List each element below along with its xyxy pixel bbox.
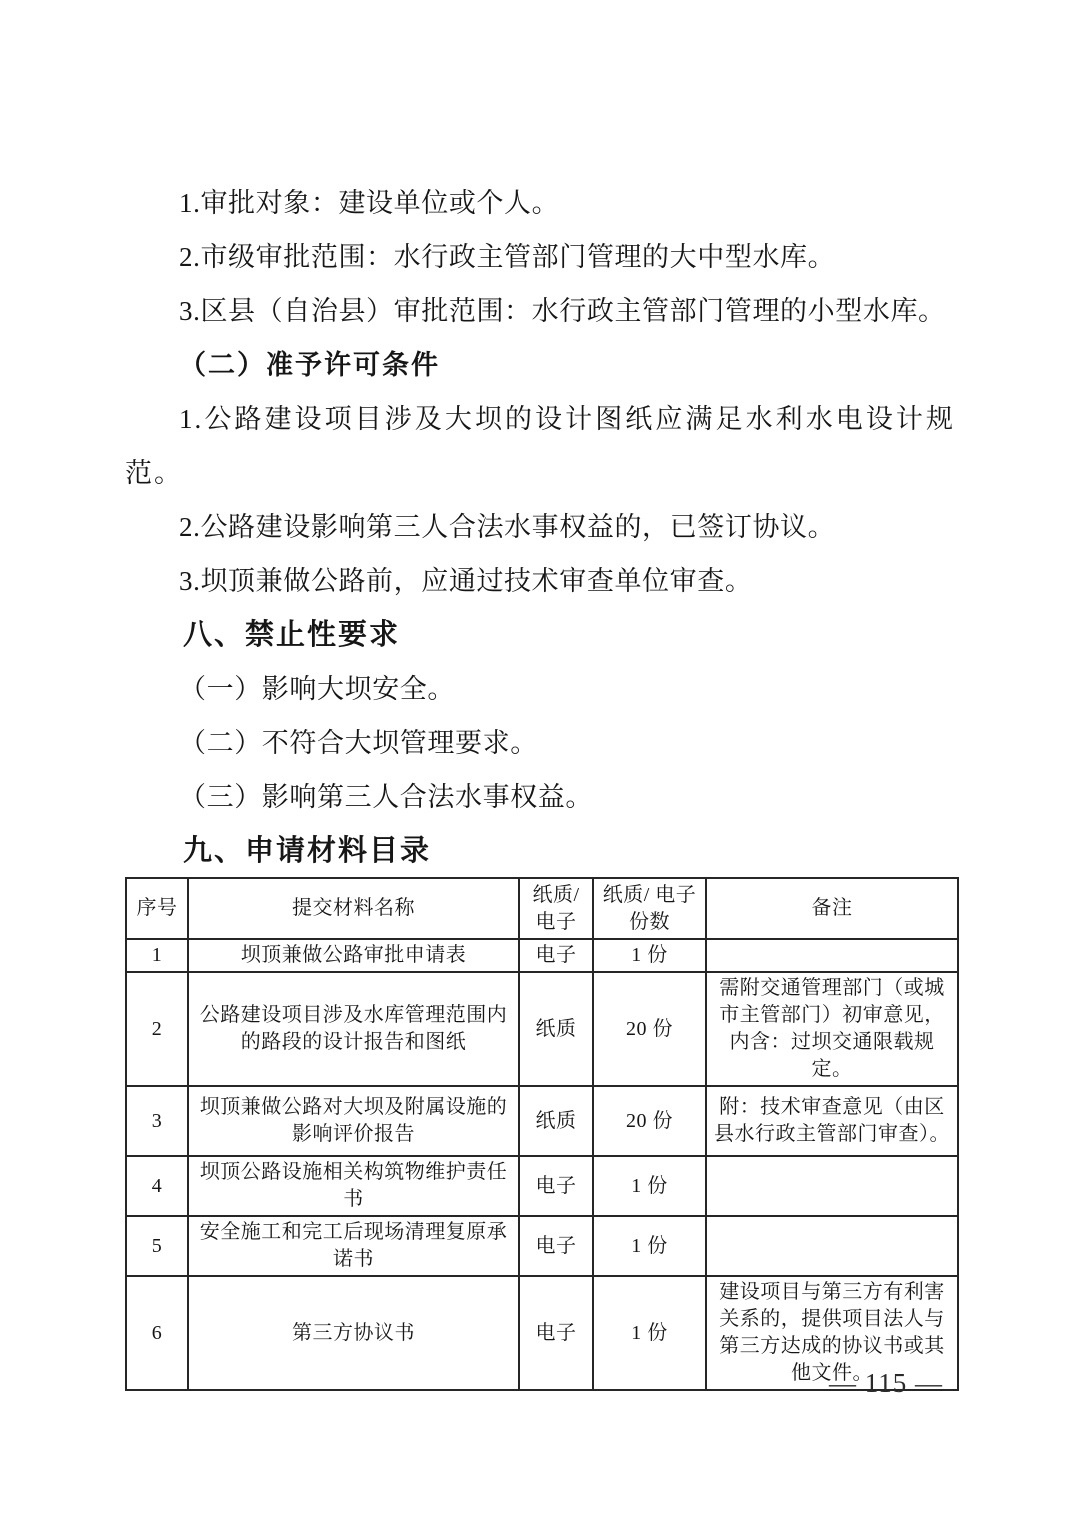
cell-remark: 需附交通管理部门（或城市主管部门）初审意见，内含：过坝交通限载规定。 [706, 972, 958, 1086]
page-number: — 115 — [829, 1368, 943, 1399]
paragraph-prohibition-3: （三）影响第三人合法水事权益。 [125, 770, 955, 824]
document-body: 1.审批对象：建设单位或个人。 2.市级审批范围：水行政主管部门管理的大中型水库… [125, 176, 955, 878]
cell-no: 3 [126, 1086, 188, 1156]
cell-copies: 1 份 [593, 1216, 706, 1276]
cell-type: 电子 [519, 939, 593, 972]
cell-copies: 1 份 [593, 1156, 706, 1216]
paragraph-city-scope: 2.市级审批范围：水行政主管部门管理的大中型水库。 [125, 230, 955, 284]
cell-copies: 1 份 [593, 1276, 706, 1390]
cell-no: 2 [126, 972, 188, 1086]
cell-name: 安全施工和完工后现场清理复原承诺书 [188, 1216, 519, 1276]
cell-name: 坝顶公路设施相关构筑物维护责任书 [188, 1156, 519, 1216]
cell-no: 5 [126, 1216, 188, 1276]
column-header-no: 序号 [126, 878, 188, 939]
table-row: 1 坝顶兼做公路审批申请表 电子 1 份 [126, 939, 958, 972]
cell-remark [706, 1216, 958, 1276]
materials-table: 序号 提交材料名称 纸质/ 电子 纸质/ 电子 份数 备注 1 坝顶兼做公路审批… [125, 877, 959, 1391]
table-row: 3 坝顶兼做公路对大坝及附属设施的影响评价报告 纸质 20 份 附：技术审查意见… [126, 1086, 958, 1156]
column-header-remark: 备注 [706, 878, 958, 939]
paragraph-prohibition-1: （一）影响大坝安全。 [125, 662, 955, 716]
table-row: 4 坝顶公路设施相关构筑物维护责任书 电子 1 份 [126, 1156, 958, 1216]
heading-permit-conditions: （二）准予许可条件 [125, 338, 955, 392]
cell-type: 电子 [519, 1156, 593, 1216]
paragraph-approval-target: 1.审批对象：建设单位或个人。 [125, 176, 955, 230]
cell-name: 坝顶兼做公路审批申请表 [188, 939, 519, 972]
cell-no: 6 [126, 1276, 188, 1390]
cell-type: 电子 [519, 1276, 593, 1390]
cell-copies: 20 份 [593, 972, 706, 1086]
paragraph-district-scope: 3.区县（自治县）审批范围：水行政主管部门管理的小型水库。 [125, 284, 955, 338]
paragraph-prohibition-2: （二）不符合大坝管理要求。 [125, 716, 955, 770]
cell-type: 纸质 [519, 972, 593, 1086]
table-header-row: 序号 提交材料名称 纸质/ 电子 纸质/ 电子 份数 备注 [126, 878, 958, 939]
cell-copies: 20 份 [593, 1086, 706, 1156]
cell-no: 4 [126, 1156, 188, 1216]
table-row: 2 公路建设项目涉及水库管理范围内的路段的设计报告和图纸 纸质 20 份 需附交… [126, 972, 958, 1086]
cell-remark [706, 1156, 958, 1216]
column-header-name: 提交材料名称 [188, 878, 519, 939]
paragraph-condition-2: 2.公路建设影响第三人合法水事权益的，已签订协议。 [125, 500, 955, 554]
document-page: 1.审批对象：建设单位或个人。 2.市级审批范围：水行政主管部门管理的大中型水库… [0, 0, 1075, 1519]
table-row: 5 安全施工和完工后现场清理复原承诺书 电子 1 份 [126, 1216, 958, 1276]
paragraph-condition-3: 3.坝顶兼做公路前，应通过技术审查单位审查。 [125, 554, 955, 608]
cell-remark: 附：技术审查意见（由区县水行政主管部门审查）。 [706, 1086, 958, 1156]
cell-type: 电子 [519, 1216, 593, 1276]
cell-no: 1 [126, 939, 188, 972]
cell-name: 第三方协议书 [188, 1276, 519, 1390]
cell-name: 坝顶兼做公路对大坝及附属设施的影响评价报告 [188, 1086, 519, 1156]
heading-prohibitions: 八、禁止性要求 [125, 608, 955, 662]
paragraph-condition-1: 1.公路建设项目涉及大坝的设计图纸应满足水利水电设计规范。 [125, 392, 955, 500]
cell-type: 纸质 [519, 1086, 593, 1156]
column-header-copies: 纸质/ 电子 份数 [593, 878, 706, 939]
cell-copies: 1 份 [593, 939, 706, 972]
cell-remark [706, 939, 958, 972]
heading-materials-list: 九、申请材料目录 [125, 824, 955, 878]
cell-name: 公路建设项目涉及水库管理范围内的路段的设计报告和图纸 [188, 972, 519, 1086]
column-header-type: 纸质/ 电子 [519, 878, 593, 939]
